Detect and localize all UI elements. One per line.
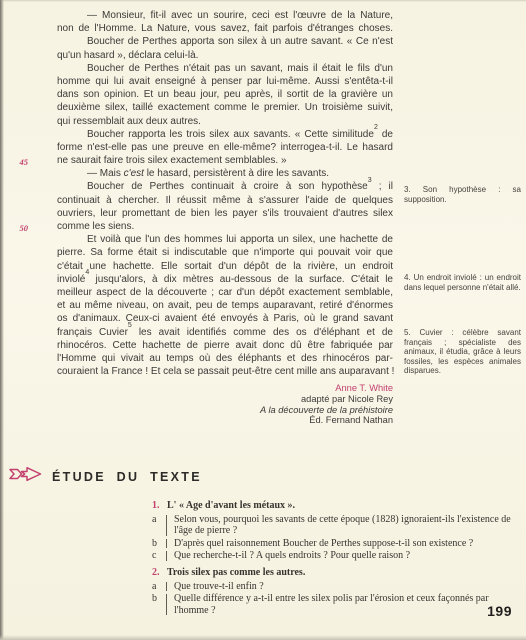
text-line: Boucher de Perthes apporta son silex à u… bbox=[57, 35, 393, 48]
line-number-marker: 55 bbox=[0, 288, 28, 301]
text-line: c'était une hachette. Elle sortait d'un … bbox=[57, 260, 393, 273]
question-item-divider bbox=[166, 515, 167, 536]
question-item-divider bbox=[166, 594, 167, 615]
text-line: rhinocéros. Cette hachette de pierre ava… bbox=[57, 339, 393, 352]
text-line: et au même niveau, on avait, peu de temp… bbox=[57, 299, 393, 312]
question-item-divider bbox=[166, 539, 167, 549]
text-line: continuait à chercher. Il réussit même à… bbox=[57, 194, 393, 207]
study-questions: 1.L' « Age d'avant les métaux ».aSelon v… bbox=[152, 495, 518, 617]
question-item-letter: a bbox=[152, 581, 161, 593]
study-section-heading: ÉTUDE DU TEXTE bbox=[8, 466, 202, 487]
text-line: — Monsieur, fit-il avec un sourire, ceci… bbox=[57, 9, 393, 22]
question-item-letter: b bbox=[152, 538, 161, 550]
text-line: 55meilleur aspect de la découverte ; car… bbox=[57, 286, 393, 299]
double-arrow-icon bbox=[8, 466, 44, 487]
margin-note-4: 4. Un endroit inviolé : un endroit dans … bbox=[404, 273, 521, 292]
footnote-reference: 5 bbox=[128, 322, 132, 329]
main-text-column: — Monsieur, fit-il avec un sourire, ceci… bbox=[57, 9, 393, 378]
attribution-author: Anne T. White bbox=[260, 383, 393, 394]
text-line: inviolé4 jusqu'alors, à dix mètres au-de… bbox=[57, 273, 393, 286]
question-item-divider bbox=[166, 551, 167, 561]
line-number-marker: 45 bbox=[0, 156, 28, 169]
text-line: 60l'Homme qui vivait au temps où des élé… bbox=[57, 352, 393, 365]
question-item-letter: b bbox=[152, 593, 161, 616]
note-number: 4. bbox=[404, 273, 414, 282]
question-title-text: Trois silex pas comme les autres. bbox=[167, 567, 305, 579]
footnote-reference: 3 bbox=[368, 177, 372, 184]
text-line: ouvriers, leur promettant de bien les pa… bbox=[57, 207, 393, 220]
text-line: deuxième silex, taillé exactement comme … bbox=[57, 101, 393, 114]
attribution-work-title: A la découverte de la préhistoire bbox=[260, 405, 393, 416]
text-line: 35non de l'Homme. La Nature, vous savez,… bbox=[57, 22, 393, 35]
question-item: bQuelle différence y a-t-il entre les si… bbox=[152, 593, 518, 616]
scan-edge-top bbox=[0, 0, 526, 2]
footnote-reference: 2 bbox=[374, 124, 378, 131]
question-item-text: D'après quel raisonnement Boucher de Per… bbox=[174, 538, 518, 550]
footnote-reference: 4 bbox=[85, 269, 89, 276]
note-text: Cuvier : célèbre savant français ; spéci… bbox=[404, 328, 521, 375]
text-line: 50comme les siens. bbox=[57, 220, 393, 233]
text-line: Boucher de Perthes n'était pas un savant… bbox=[57, 62, 393, 75]
note-text: Un endroit inviolé : un endroit dans leq… bbox=[404, 273, 521, 292]
note-number: 5. bbox=[404, 328, 419, 337]
text-line: pierre. Sa forme était si indiscutable q… bbox=[57, 246, 393, 259]
question-item-text: Que trouve-t-il enfin ? bbox=[174, 581, 518, 593]
question-item-text: Selon vous, pourquoi les savants de cett… bbox=[174, 514, 518, 537]
question-item: aQue trouve-t-il enfin ? bbox=[152, 581, 518, 593]
question-item-letter: a bbox=[152, 514, 161, 537]
attribution-adapted: adapté par Nicole Rey bbox=[260, 394, 393, 405]
text-line: — Mais c'est le hasard, persistèrent à d… bbox=[57, 167, 393, 180]
text-line: homme qui lui avait enseigné à penser pa… bbox=[57, 75, 393, 88]
text-line: 40dans son opinion. Et un beau jour, peu… bbox=[57, 88, 393, 101]
line-number-marker: 40 bbox=[0, 90, 28, 103]
margin-note-5: 5. Cuvier : célèbre savant français ; sp… bbox=[404, 328, 521, 376]
line-number-marker: 35 bbox=[0, 24, 28, 37]
text-line: 45ne saurait faire trois silex exactemen… bbox=[57, 154, 393, 167]
text-line: forme n'est-elle pas une preuve en elle-… bbox=[57, 141, 393, 154]
question-item-text: Que recherche-t-il ? A quels endroits ? … bbox=[174, 550, 518, 562]
page-number: 199 bbox=[487, 603, 512, 619]
question-title: 2.Trois silex pas comme les autres. bbox=[152, 567, 518, 579]
text-line: français Cuvier5 les avait identifiés co… bbox=[57, 326, 393, 339]
text-line: qu'un hasard », déclara celui-là. bbox=[57, 49, 393, 62]
question-number: 2. bbox=[152, 567, 167, 579]
question-item: bD'après quel raisonnement Boucher de Pe… bbox=[152, 538, 518, 550]
attribution-block: Anne T. White adapté par Nicole Rey A la… bbox=[260, 383, 393, 426]
question-title-text: L' « Age d'avant les métaux ». bbox=[167, 500, 295, 512]
text-line: os d'animaux. Ceux-ci avaient été envoyé… bbox=[57, 312, 393, 325]
question-title: 1.L' « Age d'avant les métaux ». bbox=[152, 500, 518, 512]
text-line: qui ressemblait aux deux autres. bbox=[57, 115, 393, 128]
text-line: couraient la France ! Et cela se passait… bbox=[57, 365, 393, 378]
study-heading-label: ÉTUDE DU TEXTE bbox=[52, 470, 202, 484]
attribution-publisher: Éd. Fernand Nathan bbox=[260, 415, 393, 426]
line-number-marker: 50 bbox=[0, 222, 28, 235]
text-line: Et voilà que l'un des hommes lui apporta… bbox=[57, 233, 393, 246]
note-number: 3. bbox=[404, 185, 423, 194]
line-number-marker: 60 bbox=[0, 354, 28, 367]
question-item: aSelon vous, pourquoi les savants de cet… bbox=[152, 514, 518, 537]
text-line: Boucher de Perthes continuait à croire à… bbox=[57, 180, 393, 193]
margin-note-3: 3. Son hypothèse : sa supposition. bbox=[404, 185, 521, 204]
scan-edge-bottom bbox=[0, 635, 526, 640]
question-item-text: Quelle différence y a-t-il entre les sil… bbox=[174, 593, 518, 616]
question-item-letter: c bbox=[152, 550, 161, 562]
question-item: cQue recherche-t-il ? A quels endroits ?… bbox=[152, 550, 518, 562]
scanned-book-page: — Monsieur, fit-il avec un sourire, ceci… bbox=[0, 0, 526, 640]
question-number: 1. bbox=[152, 500, 167, 512]
text-line: Boucher rapporta les trois silex aux sav… bbox=[57, 128, 393, 141]
question-item-divider bbox=[166, 582, 167, 592]
